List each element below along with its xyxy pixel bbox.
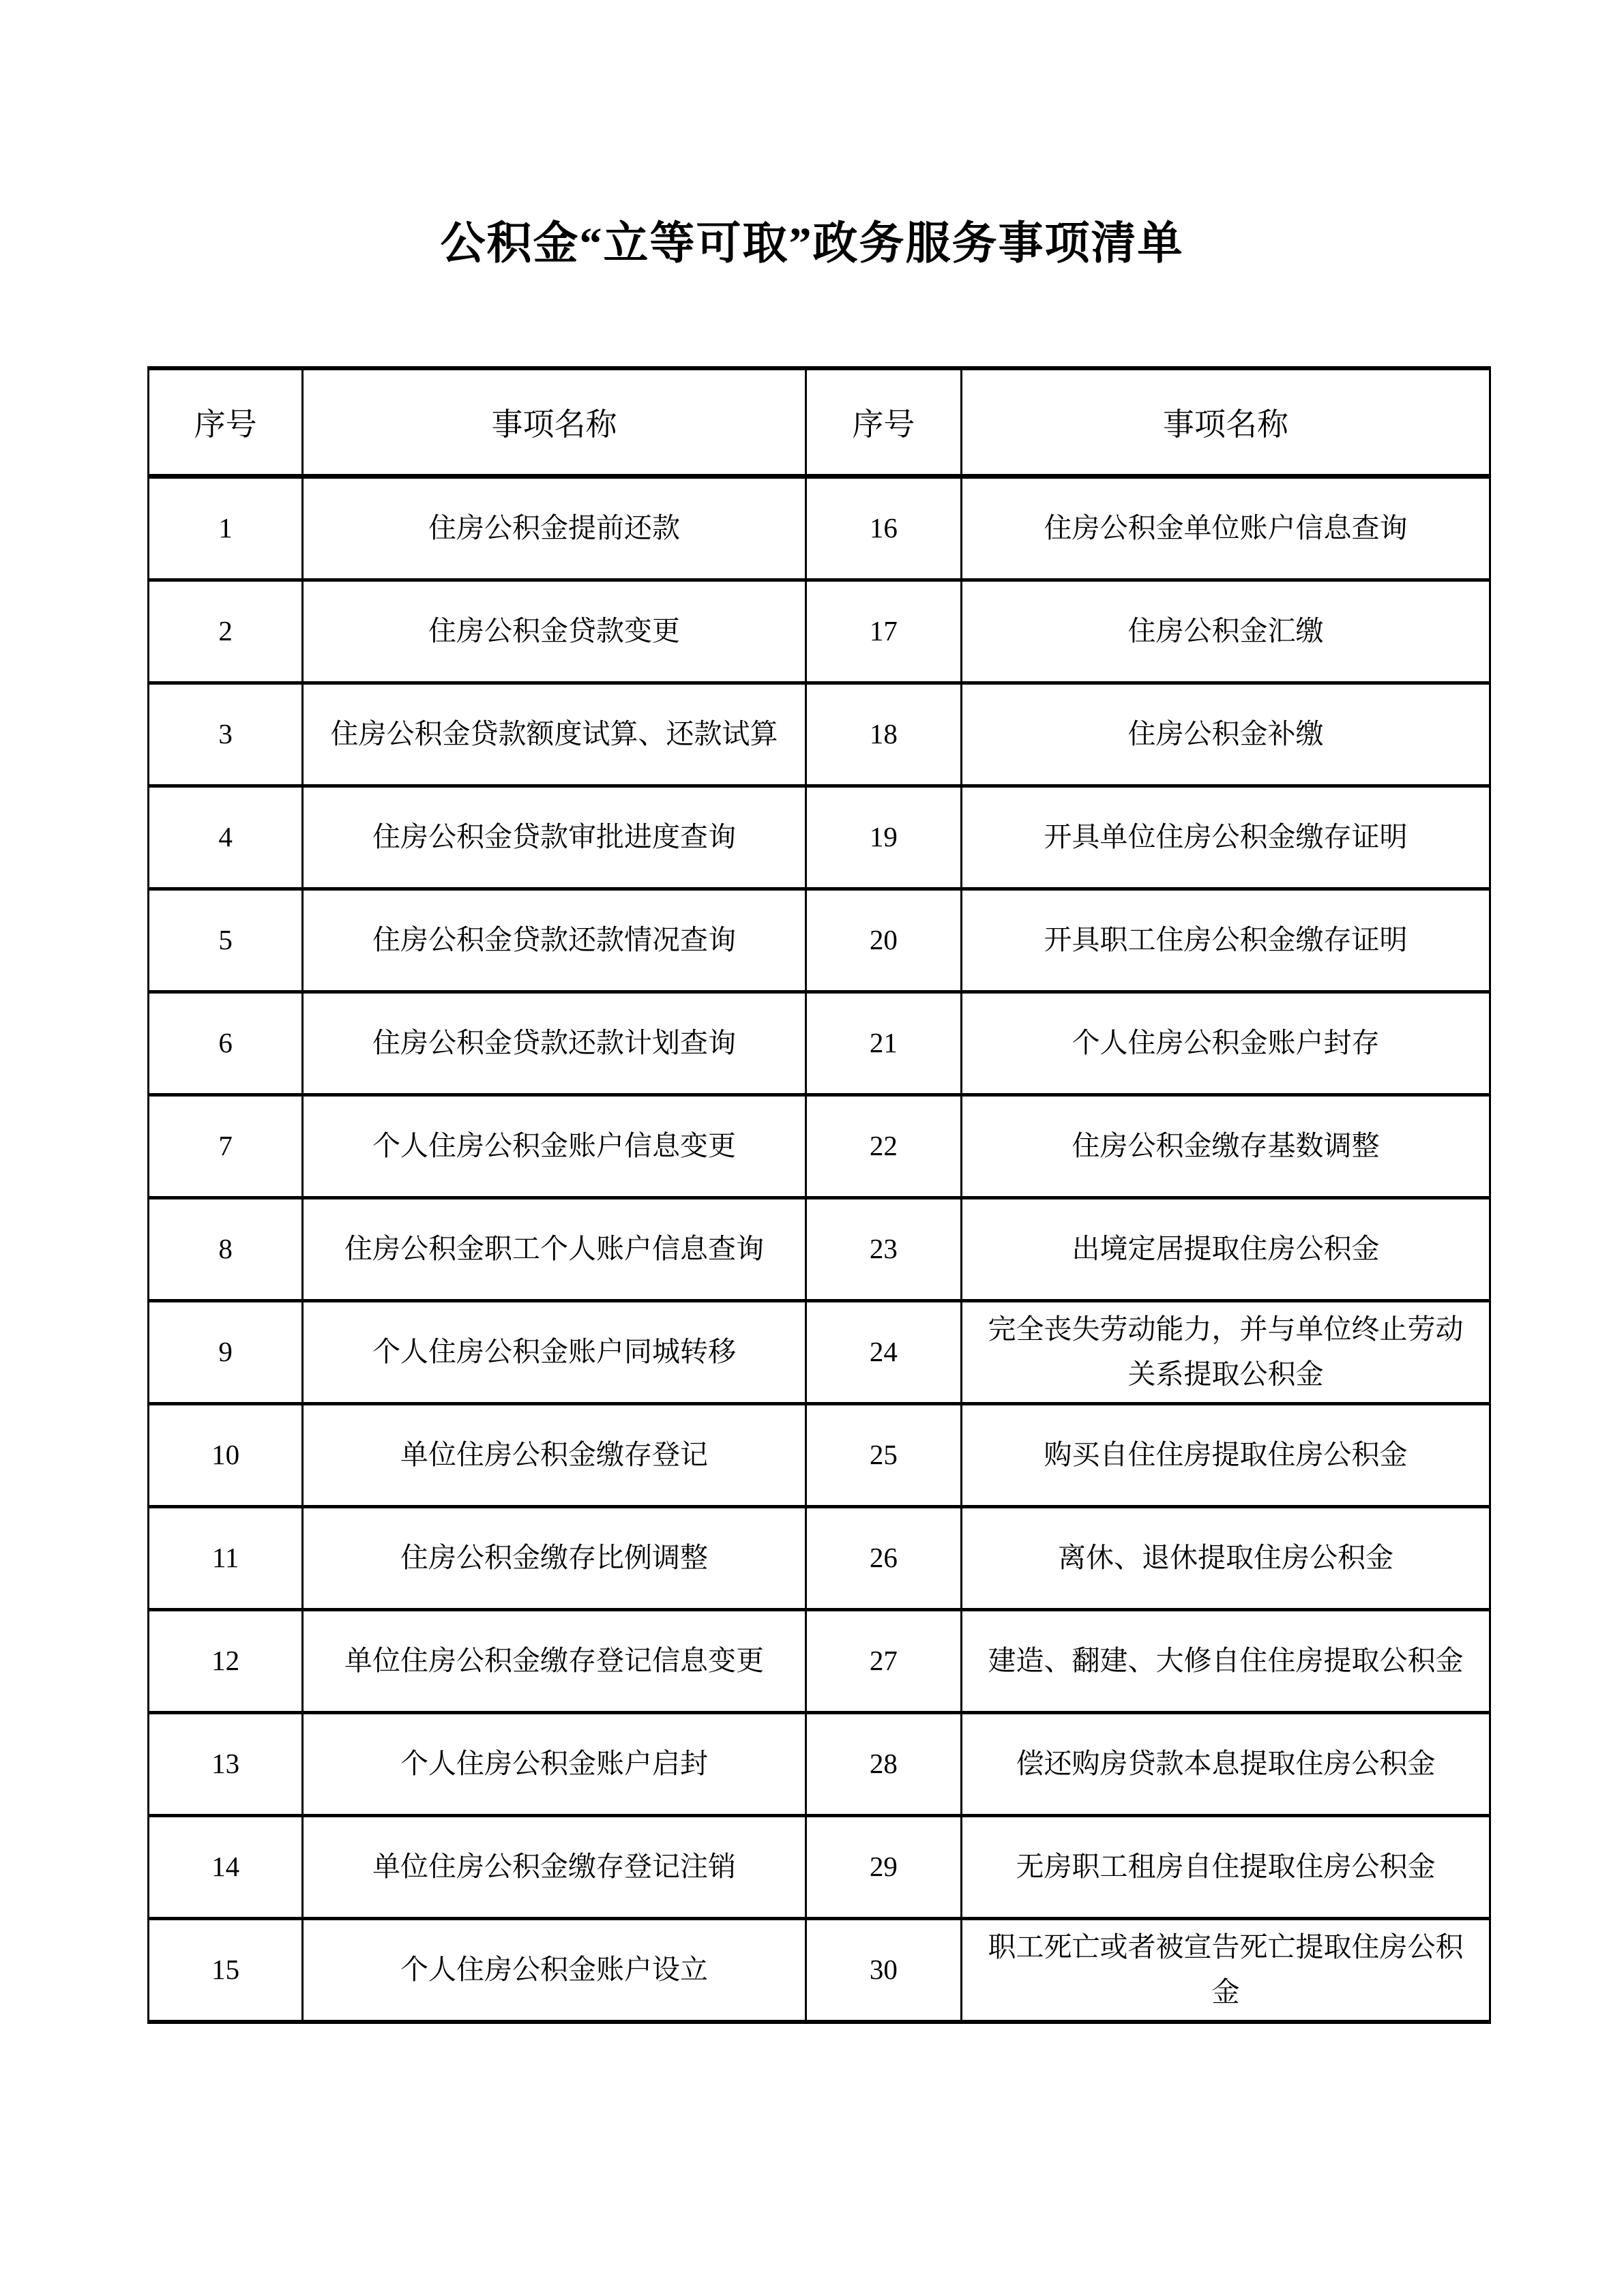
item-name-cell: 建造、翻建、大修自住住房提取公积金 bbox=[962, 1610, 1490, 1713]
item-name-cell: 开具单位住房公积金缴存证明 bbox=[962, 786, 1490, 889]
table-row: 1住房公积金提前还款16住房公积金单位账户信息查询 bbox=[149, 477, 1490, 580]
row-number-cell: 23 bbox=[806, 1198, 961, 1301]
item-name-cell: 住房公积金补缴 bbox=[962, 683, 1490, 786]
item-name-cell: 个人住房公积金账户同城转移 bbox=[303, 1301, 806, 1404]
row-number-cell: 20 bbox=[806, 889, 961, 992]
row-number-cell: 19 bbox=[806, 786, 961, 889]
row-number-cell: 3 bbox=[149, 683, 303, 786]
row-number-cell: 29 bbox=[806, 1816, 961, 1919]
table-row: 9个人住房公积金账户同城转移24完全丧失劳动能力，并与单位终止劳动关系提取公积金 bbox=[149, 1301, 1490, 1404]
item-name-cell: 住房公积金缴存比例调整 bbox=[303, 1507, 806, 1610]
table-row: 8住房公积金职工个人账户信息查询23出境定居提取住房公积金 bbox=[149, 1198, 1490, 1301]
table-row: 4住房公积金贷款审批进度查询19开具单位住房公积金缴存证明 bbox=[149, 786, 1490, 889]
row-number-cell: 11 bbox=[149, 1507, 303, 1610]
row-number-cell: 5 bbox=[149, 889, 303, 992]
row-number-cell: 1 bbox=[149, 477, 303, 580]
header-name-right: 事项名称 bbox=[962, 368, 1490, 477]
row-number-cell: 14 bbox=[149, 1816, 303, 1919]
item-name-cell: 住房公积金汇缴 bbox=[962, 580, 1490, 683]
table-row: 14单位住房公积金缴存登记注销29无房职工租房自住提取住房公积金 bbox=[149, 1816, 1490, 1919]
row-number-cell: 10 bbox=[149, 1404, 303, 1507]
table-row: 2住房公积金贷款变更17住房公积金汇缴 bbox=[149, 580, 1490, 683]
row-number-cell: 24 bbox=[806, 1301, 961, 1404]
item-name-cell: 单位住房公积金缴存登记 bbox=[303, 1404, 806, 1507]
row-number-cell: 28 bbox=[806, 1713, 961, 1816]
item-name-cell: 离休、退休提取住房公积金 bbox=[962, 1507, 1490, 1610]
item-name-cell: 住房公积金贷款审批进度查询 bbox=[303, 786, 806, 889]
item-name-cell: 住房公积金贷款额度试算、还款试算 bbox=[303, 683, 806, 786]
table-row: 13个人住房公积金账户启封28偿还购房贷款本息提取住房公积金 bbox=[149, 1713, 1490, 1816]
item-name-cell: 个人住房公积金账户信息变更 bbox=[303, 1095, 806, 1198]
row-number-cell: 16 bbox=[806, 477, 961, 580]
header-no-right: 序号 bbox=[806, 368, 961, 477]
item-name-cell: 无房职工租房自住提取住房公积金 bbox=[962, 1816, 1490, 1919]
item-name-cell: 个人住房公积金账户封存 bbox=[962, 992, 1490, 1095]
table-row: 3住房公积金贷款额度试算、还款试算18住房公积金补缴 bbox=[149, 683, 1490, 786]
table-row: 10单位住房公积金缴存登记25购买自住住房提取住房公积金 bbox=[149, 1404, 1490, 1507]
item-name-cell: 购买自住住房提取住房公积金 bbox=[962, 1404, 1490, 1507]
item-name-cell: 住房公积金贷款还款情况查询 bbox=[303, 889, 806, 992]
item-name-cell: 住房公积金职工个人账户信息查询 bbox=[303, 1198, 806, 1301]
item-name-cell: 出境定居提取住房公积金 bbox=[962, 1198, 1490, 1301]
table-row: 11住房公积金缴存比例调整26离休、退休提取住房公积金 bbox=[149, 1507, 1490, 1610]
table-header-row: 序号 事项名称 序号 事项名称 bbox=[149, 368, 1490, 477]
item-name-cell: 开具职工住房公积金缴存证明 bbox=[962, 889, 1490, 992]
row-number-cell: 22 bbox=[806, 1095, 961, 1198]
table-row: 5住房公积金贷款还款情况查询20开具职工住房公积金缴存证明 bbox=[149, 889, 1490, 992]
item-name-cell: 单位住房公积金缴存登记信息变更 bbox=[303, 1610, 806, 1713]
table-body: 1住房公积金提前还款16住房公积金单位账户信息查询2住房公积金贷款变更17住房公… bbox=[149, 477, 1490, 2023]
row-number-cell: 30 bbox=[806, 1919, 961, 2023]
item-name-cell: 住房公积金缴存基数调整 bbox=[962, 1095, 1490, 1198]
row-number-cell: 21 bbox=[806, 992, 961, 1095]
row-number-cell: 2 bbox=[149, 580, 303, 683]
row-number-cell: 8 bbox=[149, 1198, 303, 1301]
item-name-cell: 住房公积金提前还款 bbox=[303, 477, 806, 580]
item-name-cell: 个人住房公积金账户启封 bbox=[303, 1713, 806, 1816]
row-number-cell: 12 bbox=[149, 1610, 303, 1713]
header-no-left: 序号 bbox=[149, 368, 303, 477]
table-row: 7个人住房公积金账户信息变更22住房公积金缴存基数调整 bbox=[149, 1095, 1490, 1198]
table-row: 12单位住房公积金缴存登记信息变更27建造、翻建、大修自住住房提取公积金 bbox=[149, 1610, 1490, 1713]
header-name-left: 事项名称 bbox=[303, 368, 806, 477]
page-title: 公积金“立等可取”政务服务事项清单 bbox=[0, 220, 1624, 269]
row-number-cell: 26 bbox=[806, 1507, 961, 1610]
table-row: 15个人住房公积金账户设立30职工死亡或者被宣告死亡提取住房公积金 bbox=[149, 1919, 1490, 2023]
row-number-cell: 4 bbox=[149, 786, 303, 889]
item-name-cell: 住房公积金贷款变更 bbox=[303, 580, 806, 683]
row-number-cell: 27 bbox=[806, 1610, 961, 1713]
row-number-cell: 6 bbox=[149, 992, 303, 1095]
item-name-cell: 住房公积金贷款还款计划查询 bbox=[303, 992, 806, 1095]
item-name-cell: 职工死亡或者被宣告死亡提取住房公积金 bbox=[962, 1919, 1490, 2023]
service-items-table: 序号 事项名称 序号 事项名称 1住房公积金提前还款16住房公积金单位账户信息查… bbox=[147, 366, 1491, 2024]
row-number-cell: 17 bbox=[806, 580, 961, 683]
row-number-cell: 7 bbox=[149, 1095, 303, 1198]
item-name-cell: 住房公积金单位账户信息查询 bbox=[962, 477, 1490, 580]
item-name-cell: 单位住房公积金缴存登记注销 bbox=[303, 1816, 806, 1919]
row-number-cell: 13 bbox=[149, 1713, 303, 1816]
row-number-cell: 15 bbox=[149, 1919, 303, 2023]
row-number-cell: 9 bbox=[149, 1301, 303, 1404]
row-number-cell: 18 bbox=[806, 683, 961, 786]
row-number-cell: 25 bbox=[806, 1404, 961, 1507]
item-name-cell: 个人住房公积金账户设立 bbox=[303, 1919, 806, 2023]
item-name-cell: 偿还购房贷款本息提取住房公积金 bbox=[962, 1713, 1490, 1816]
table-row: 6住房公积金贷款还款计划查询21个人住房公积金账户封存 bbox=[149, 992, 1490, 1095]
item-name-cell: 完全丧失劳动能力，并与单位终止劳动关系提取公积金 bbox=[962, 1301, 1490, 1404]
